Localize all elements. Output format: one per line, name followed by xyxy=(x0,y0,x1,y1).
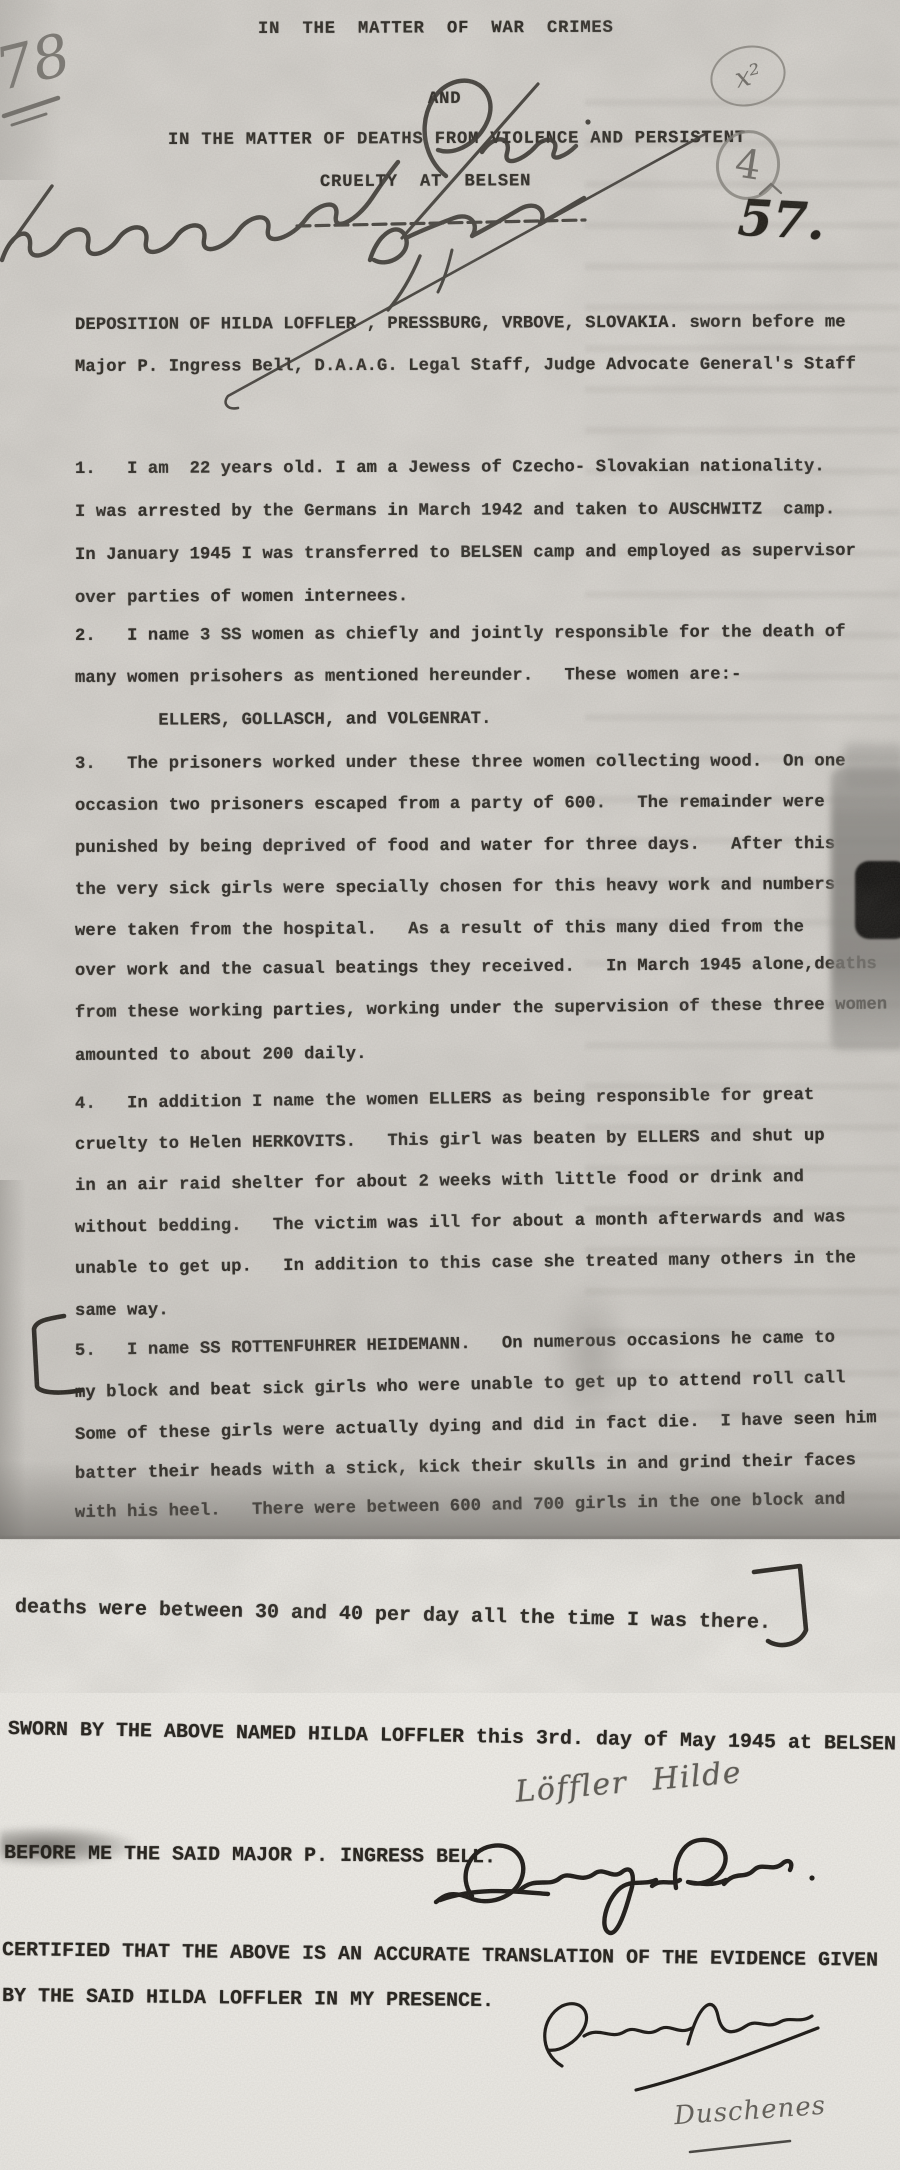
para-2-line: ELLERS, GOLLASCH, and VOLGENRAT. xyxy=(75,710,492,731)
title-line-3: IN THE MATTER OF DEATHS FROM VIOLENCE AN… xyxy=(168,129,746,150)
para-4-line: same way. xyxy=(75,1301,169,1321)
para-3-line: occasion two prisoners escaped from a pa… xyxy=(75,793,825,816)
para-3-line: punished by being deprived of food and w… xyxy=(75,835,835,858)
para-1-line: over parties of women internees. xyxy=(75,587,408,608)
para-1-line: I was arrested by the Germans in March 1… xyxy=(75,500,835,522)
scanned-document-page: IN THE MATTER OF WAR CRIMES AND IN THE M… xyxy=(0,0,900,2170)
para-3-line: amounted to about 200 daily. xyxy=(75,1045,367,1066)
pencil-x2-label: x² xyxy=(732,58,765,94)
title-line-2: AND xyxy=(428,90,461,109)
para-3-line: 3. The prisoners worked under these thre… xyxy=(75,752,846,774)
para-1-line: 1. I am 22 years old. I am a Jewess of C… xyxy=(75,457,825,479)
title-line-1: IN THE MATTER OF WAR CRIMES xyxy=(258,19,614,39)
para-2-line: many women prisohers as mentioned hereun… xyxy=(75,666,742,688)
deposition-intro-line-2: Major P. Ingress Bell, D.A.A.G. Legal St… xyxy=(75,355,856,377)
ink-page-number: 57. xyxy=(737,188,827,251)
pencil-4-label: 4 xyxy=(732,140,764,189)
before-me-line: BEFORE ME THE SAID MAJOR P. INGRESS BELL… xyxy=(4,1842,496,1869)
deposition-intro-line-1: DEPOSITION OF HILDA LOFFLER , PRESSBURG,… xyxy=(75,313,846,335)
para-2-line: 2. I name 3 SS women as chiefly and join… xyxy=(75,623,846,646)
para-3-line: were taken from the hospital. As a resul… xyxy=(75,918,804,941)
title-line-4: CRUELTY AT BELSEN xyxy=(320,172,531,192)
